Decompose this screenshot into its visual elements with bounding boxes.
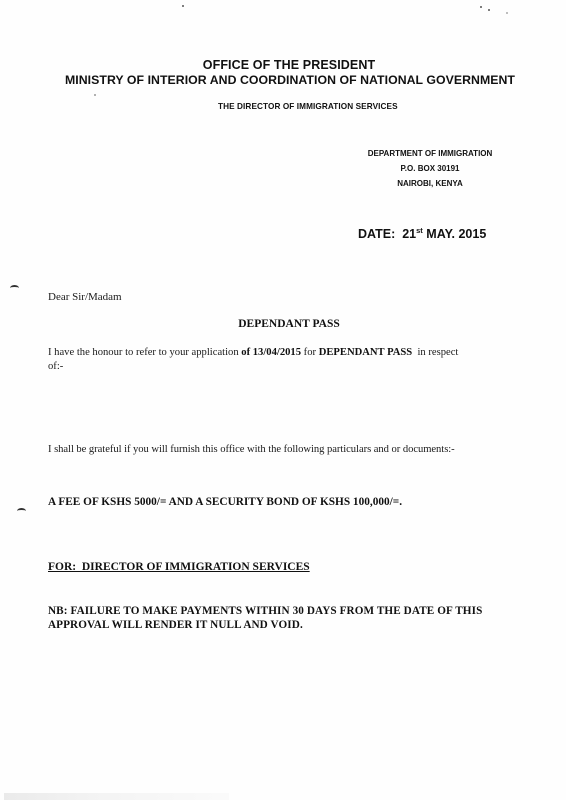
letter-date: DATE: 21st MAY. 2015 <box>358 226 486 241</box>
letter-page: OFFICE OF THE PRESIDENT MINISTRY OF INTE… <box>0 0 566 800</box>
date-day-suffix: st <box>416 226 423 235</box>
address-city: NAIROBI, KENYA <box>330 179 530 188</box>
nb-notice-line-1: NB: FAILURE TO MAKE PAYMENTS WITHIN 30 D… <box>48 605 482 617</box>
para1-prefix: I have the honour to refer to your appli… <box>48 347 241 358</box>
letterhead-director: THE DIRECTOR OF IMMIGRATION SERVICES <box>218 102 398 111</box>
scan-speck <box>488 9 490 11</box>
paragraph-reference-continuation: of:- <box>48 361 63 372</box>
scan-edge-smudge <box>4 793 229 800</box>
date-label: DATE: <box>358 227 395 241</box>
address-department: DEPARTMENT OF IMMIGRATION <box>330 149 530 158</box>
paragraph-reference: I have the honour to refer to your appli… <box>48 347 458 358</box>
application-date: of 13/04/2015 <box>241 347 301 358</box>
fee-requirement: A FEE OF KSHS 5000/= AND A SECURITY BOND… <box>48 496 402 508</box>
scan-speck <box>480 6 482 8</box>
scan-speck <box>94 94 96 96</box>
date-month-year: MAY. 2015 <box>426 227 486 241</box>
signoff: FOR: DIRECTOR OF IMMIGRATION SERVICES <box>48 561 310 573</box>
punch-hole-mark <box>10 285 19 291</box>
paragraph-request: I shall be grateful if you will furnish … <box>48 444 455 455</box>
pass-type: DEPENDANT PASS <box>319 347 413 358</box>
letterhead-office: OFFICE OF THE PRESIDENT <box>0 58 566 72</box>
punch-hole-mark <box>17 508 26 514</box>
scan-speck <box>182 5 184 7</box>
para1-middle: for <box>301 347 319 358</box>
address-po-box: P.O. BOX 30191 <box>330 164 530 173</box>
letterhead-ministry: MINISTRY OF INTERIOR AND COORDINATION OF… <box>60 73 520 87</box>
nb-notice-line-2: APPROVAL WILL RENDER IT NULL AND VOID. <box>48 619 303 631</box>
scan-speck <box>506 12 508 14</box>
date-day: 21 <box>402 227 416 241</box>
para1-suffix: in respect <box>412 347 458 358</box>
salutation: Dear Sir/Madam <box>48 291 122 303</box>
letter-subject: DEPENDANT PASS <box>0 318 566 330</box>
